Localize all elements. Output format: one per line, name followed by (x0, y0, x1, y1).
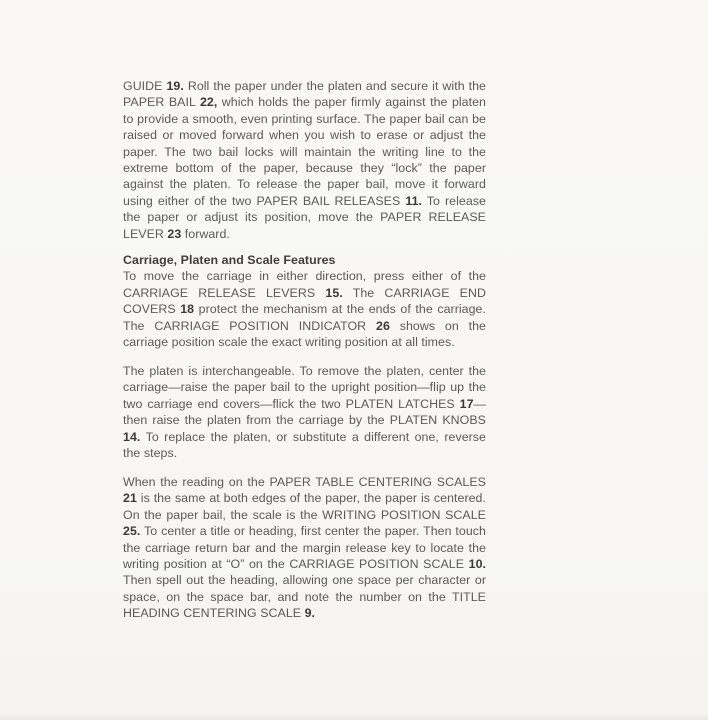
paragraph-paper-bail: GUIDE 19. Roll the paper under the plate… (123, 78, 486, 242)
part-number: 22, (200, 95, 217, 109)
part-number: 9. (305, 606, 315, 620)
part-number: 25. (123, 524, 140, 538)
body-text: To replace the platen, or substitute a d… (123, 430, 486, 460)
document-page: GUIDE 19. Roll the paper under the plate… (0, 0, 708, 720)
part-number: 19. (166, 79, 183, 93)
part-number: 11. (405, 194, 422, 208)
body-text: is the same at both edges of the paper, … (123, 491, 486, 521)
part-number: 17 (460, 397, 474, 411)
part-number: 14. (123, 430, 140, 444)
part-number: 26 (376, 319, 390, 333)
body-text: GUIDE (123, 79, 166, 93)
body-text: To center a title or heading, first cent… (123, 524, 486, 571)
body-text: forward. (181, 227, 230, 241)
part-number: 21 (123, 491, 137, 505)
paragraph-centering-scales: When the reading on the PAPER TABLE CENT… (123, 474, 486, 622)
section-heading: Carriage, Platen and Scale Features (123, 252, 486, 268)
part-number: 23 (167, 227, 181, 241)
body-text: When the reading on the PAPER TABLE CENT… (123, 475, 486, 489)
body-text: which holds the paper firmly against the… (123, 95, 486, 207)
paragraph-platen-interchangeable: The platen is interchangeable. To remove… (123, 363, 486, 461)
text-column: GUIDE 19. Roll the paper under the plate… (123, 78, 486, 622)
paragraph-carriage-release: To move the carriage in either direction… (123, 268, 486, 350)
part-number: 18 (180, 302, 194, 316)
part-number: 10. (469, 557, 486, 571)
part-number: 15. (325, 286, 342, 300)
body-text: The platen is interchangeable. To remove… (123, 364, 486, 411)
